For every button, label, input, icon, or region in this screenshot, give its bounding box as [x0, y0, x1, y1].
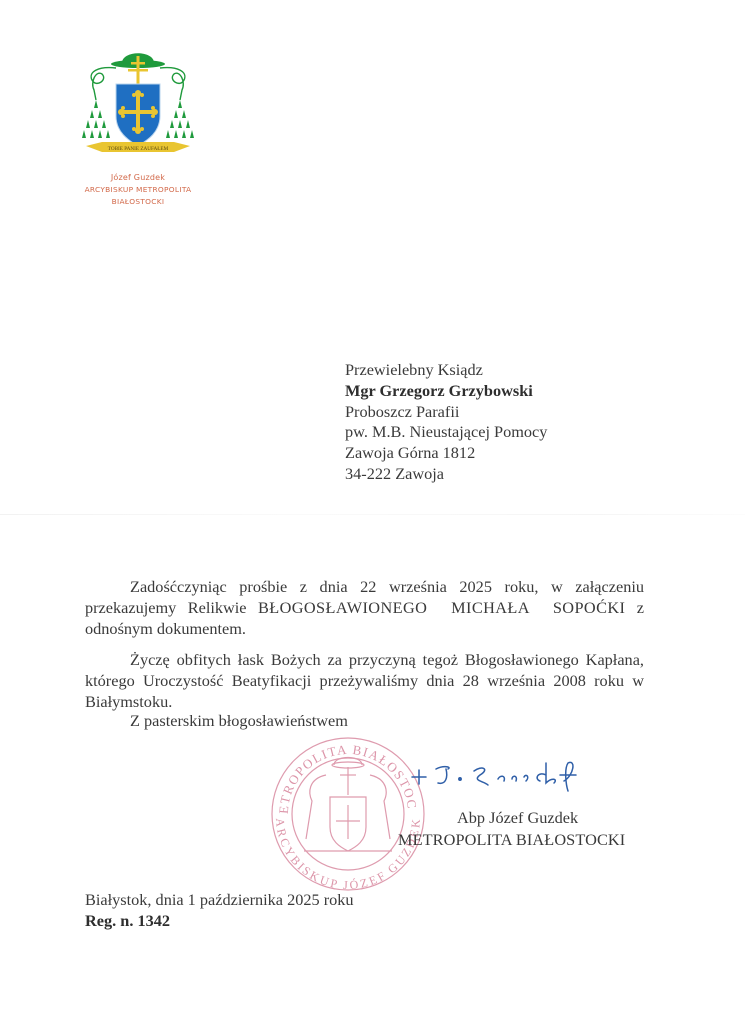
- relic-name: BŁOGOSŁAWIONEGO MICHAŁA SOPOĆKI: [258, 598, 625, 617]
- archbishop-title: ARCYBISKUP METROPOLITA: [60, 184, 216, 196]
- registry-number: Reg. n. 1342: [85, 911, 170, 931]
- paper-fold-line: [0, 514, 745, 515]
- recipient-salutation: Przewielebny Ksiądz: [345, 360, 547, 381]
- svg-text:TOBIE PANIE ZAUFAŁEM: TOBIE PANIE ZAUFAŁEM: [108, 146, 169, 152]
- signatory-title: METROPOLITA BIAŁOSTOCKI: [398, 830, 625, 850]
- recipient-postal: 34-222 Zawoja: [345, 464, 547, 485]
- body-p2-text: Życzę obfitych łask Bożych za przyczyną …: [85, 650, 644, 712]
- recipient-name: Mgr Grzegorz Grzybowski: [345, 381, 547, 402]
- place-and-date: Białystok, dnia 1 października 2025 roku: [85, 890, 354, 910]
- body-paragraph-2: Życzę obfitych łask Bożych za przyczyną …: [85, 650, 644, 712]
- recipient-street: Zawoja Górna 1812: [345, 443, 547, 464]
- signatory-name: Abp Józef Guzdek: [457, 808, 578, 828]
- archbishop-coat-of-arms-icon: TOBIE PANIE ZAUFAŁEM: [78, 42, 198, 154]
- archbishop-see: BIAŁOSTOCKI: [60, 196, 216, 208]
- recipient-parish: pw. M.B. Nieustającej Pomocy: [345, 422, 547, 443]
- recipient-address: Przewielebny Ksiądz Mgr Grzegorz Grzybow…: [345, 360, 547, 485]
- official-seal-stamp-icon: METROPOLITA BIAŁOSTOCKI ARCYBISKUP JÓZEF…: [268, 735, 428, 893]
- closing-line: Z pasterskim błogosławieństwem: [130, 711, 348, 731]
- body-paragraph-1: Zadośćczyniąc prośbie z dnia 22 września…: [85, 577, 644, 639]
- recipient-role: Proboszcz Parafii: [345, 402, 547, 423]
- handwritten-signature: [408, 755, 598, 795]
- archbishop-name: Józef Guzdek: [60, 172, 216, 184]
